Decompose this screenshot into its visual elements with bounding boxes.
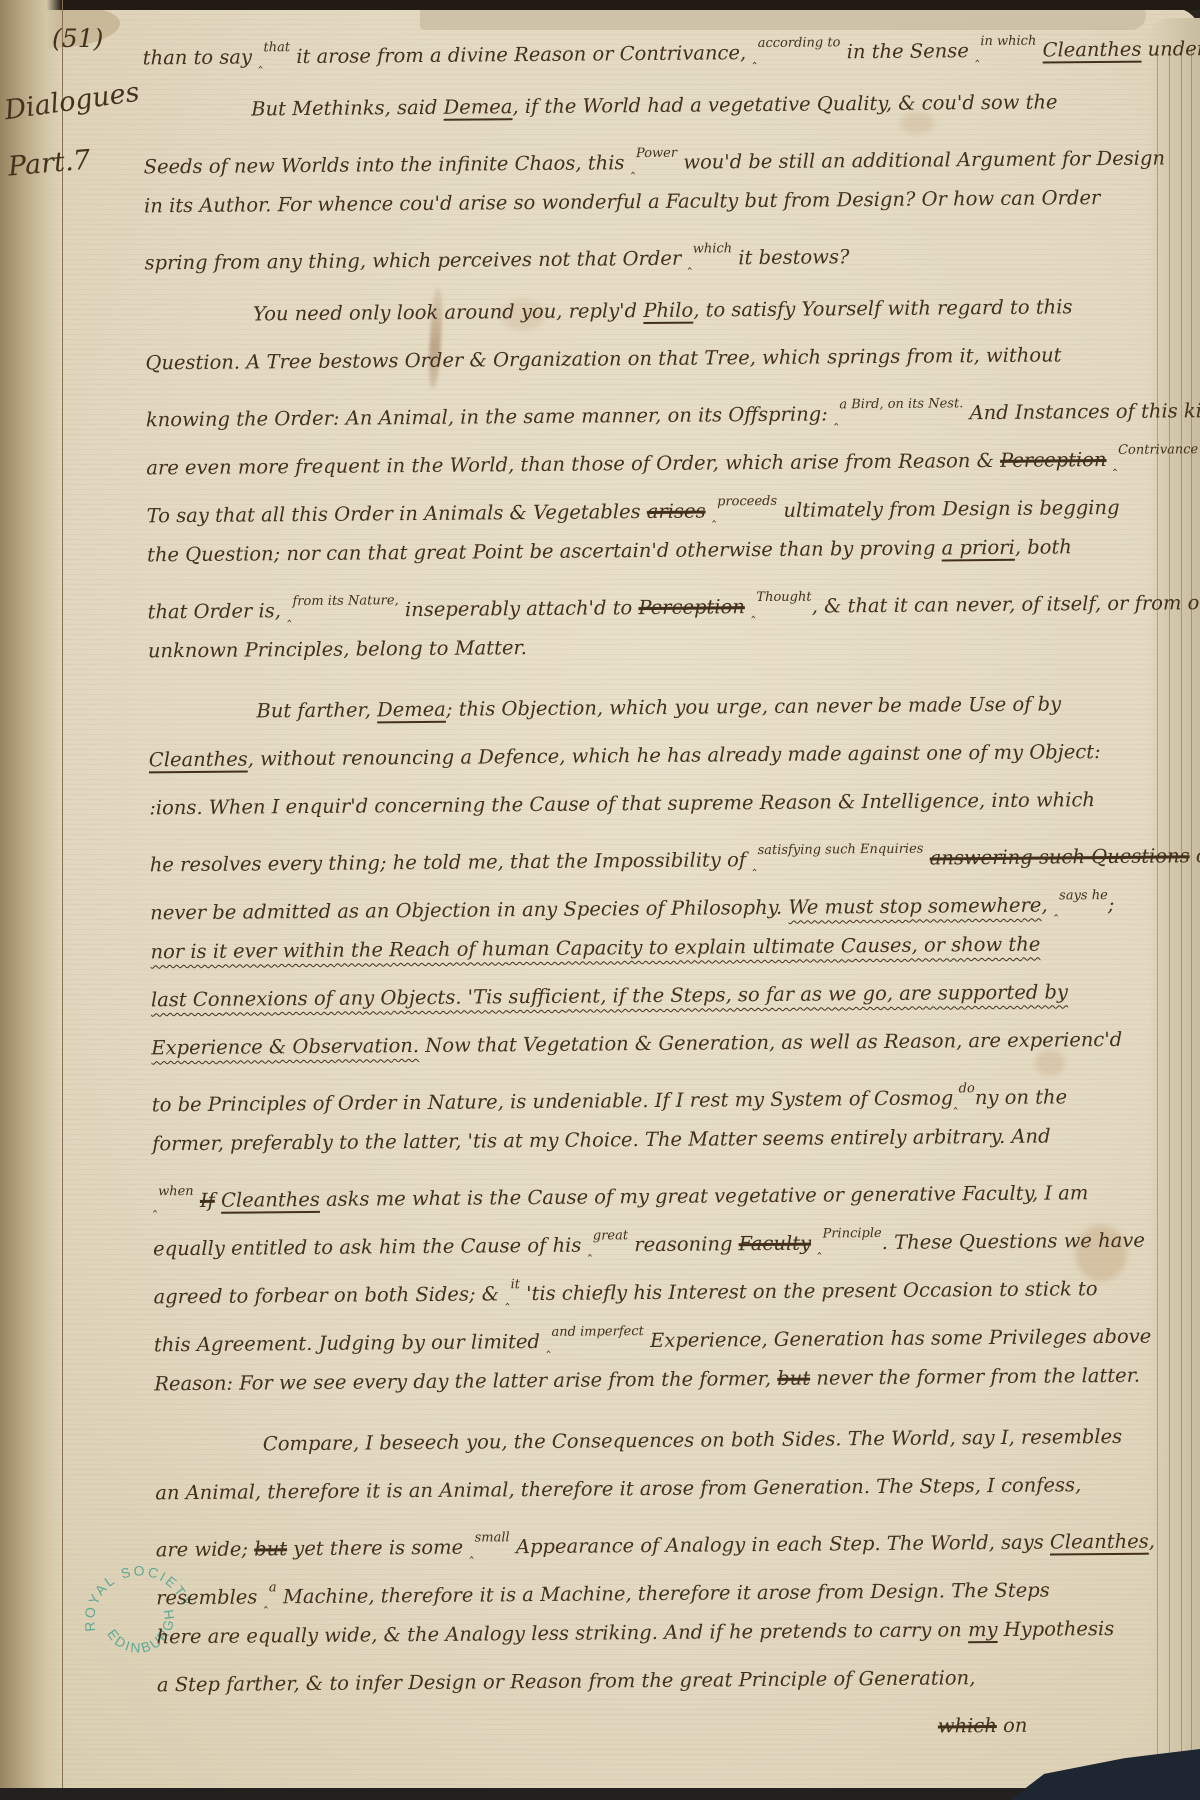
- text-segment: in its Author. For whence cou'd arise so…: [144, 186, 1100, 217]
- text-segment: cou'd: [1190, 844, 1200, 868]
- text-segment: ny on the: [975, 1085, 1067, 1109]
- text-segment-u: my: [968, 1618, 998, 1641]
- text-segment: , both: [1015, 535, 1072, 558]
- text-segment: To say that all this Order in Animals & …: [147, 500, 647, 527]
- text-segment-p: when: [153, 1184, 194, 1199]
- manuscript-line: last Connexions of any Objects. 'Tis suf…: [151, 969, 1151, 1026]
- manuscript-line: spring from any thing, which perceives n…: [144, 223, 1144, 280]
- text-segment-u: Demea: [443, 95, 512, 119]
- text-segment: agreed to forbear on both Sides; &: [153, 1282, 505, 1308]
- manuscript-line: he resolves every thing; he told me, tha…: [150, 825, 1150, 882]
- page-stack-edge-right: [1148, 18, 1200, 1800]
- manuscript-line: agreed to forbear on both Sides; & it 't…: [153, 1257, 1153, 1314]
- text-segment: in the Sense: [840, 39, 975, 63]
- manuscript-line: resembles a Machine, therefore it is a M…: [156, 1558, 1156, 1615]
- text-segment: spring from any thing, which perceives n…: [144, 247, 687, 275]
- text-segment: Hypothesis: [997, 1617, 1114, 1641]
- text-segment: reasoning: [628, 1232, 739, 1256]
- text-segment: to be Principles of Order in Nature, is …: [152, 1086, 954, 1116]
- text-segment-u: Demea: [377, 698, 446, 722]
- text-segment: are wide;: [156, 1537, 255, 1561]
- manuscript-line: are even more frequent in the World, tha…: [146, 428, 1146, 485]
- manuscript-line: Question. A Tree bestows Order & Organiz…: [145, 332, 1145, 389]
- page-edge-line: [1169, 48, 1170, 1790]
- manuscript-line: Compare, I beseech you, the Consequences…: [155, 1414, 1155, 1471]
- manuscript-line: never be admitted as an Objection in any…: [150, 873, 1150, 930]
- text-segment-p: small: [469, 1530, 510, 1545]
- text-segment: this Agreement. Judging by our limited: [154, 1330, 546, 1356]
- text-segment: equally entitled to ask him the Cause of…: [153, 1234, 588, 1261]
- text-segment: never the former from the latter.: [810, 1364, 1140, 1390]
- text-segment: a Step farther, & to infer Design or Rea…: [157, 1666, 976, 1696]
- text-segment: [745, 595, 751, 618]
- text-segment-p: satisfying such Enquiries: [752, 842, 923, 858]
- manuscript-line: the Question; nor can that great Point b…: [147, 524, 1147, 581]
- text-segment: , without renouncing a Defence, which he…: [248, 740, 1101, 770]
- text-segment-p: Thought: [751, 590, 812, 606]
- text-segment: 'tis chiefly his Interest on the present…: [520, 1277, 1098, 1305]
- text-segment: Seeds of new Worlds into the infinite Ch…: [144, 151, 631, 178]
- manuscript-line: an Animal, therefore it is an Animal, th…: [155, 1462, 1155, 1519]
- text-segment: an Animal, therefore it is an Animal, th…: [155, 1473, 1081, 1504]
- text-segment: here are equally wide, & the Analogy les…: [156, 1618, 968, 1648]
- text-segment: never be admitted as an Objection in any…: [150, 896, 788, 925]
- manuscript-text: than to say that it arose from a divine …: [142, 18, 1157, 1759]
- text-segment: yet there is some: [287, 1536, 469, 1561]
- page-edge-line: [1191, 48, 1192, 1790]
- manuscript-line: in its Author. For whence cou'd arise so…: [144, 175, 1144, 232]
- text-segment-p: Principle: [817, 1226, 882, 1242]
- manuscript-line: here are equally wide, & the Analogy les…: [156, 1606, 1156, 1663]
- manuscript-line: that Order is, from its Nature, insepera…: [147, 572, 1147, 629]
- text-segment: knowing the Order: An Animal, in the sam…: [146, 402, 834, 431]
- manuscript-line: equally entitled to ask him the Cause of…: [153, 1209, 1153, 1266]
- text-segment-p: it: [505, 1277, 520, 1292]
- text-segment: . These Questions we have: [882, 1229, 1145, 1254]
- text-segment-x: Faculty: [739, 1232, 812, 1256]
- text-segment-w: We must stop somewhere: [788, 894, 1041, 919]
- text-segment: ,: [1041, 893, 1054, 916]
- manuscript-line: to be Principles of Order in Nature, is …: [152, 1065, 1152, 1122]
- text-segment: ultimately from Design is begging: [777, 496, 1120, 522]
- manuscript-line: But Methinks, said Demea, if the World h…: [143, 79, 1143, 136]
- manuscript-line: when If Cleanthes asks me what is the Ca…: [152, 1161, 1152, 1218]
- text-segment-p: that: [258, 40, 290, 55]
- manuscript-line: former, preferably to the latter, 'tis a…: [152, 1113, 1152, 1170]
- text-segment: You need only look around you, reply'd: [253, 299, 644, 325]
- text-segment: that Order is,: [147, 599, 287, 623]
- text-segment-w: nor is it ever within the Reach of human…: [150, 933, 1040, 964]
- manuscript-line: are wide; but yet there is some small Ap…: [155, 1510, 1155, 1567]
- text-segment: :ions. When I enquir'd concerning the Ca…: [149, 788, 1095, 819]
- text-segment-w: Experience & Observation.: [151, 1034, 419, 1059]
- manuscript-line: But farther, Demea; this Objection, whic…: [148, 681, 1148, 738]
- manuscript-line: Seeds of new Worlds into the infinite Ch…: [143, 127, 1143, 184]
- text-segment: resembles: [156, 1585, 264, 1609]
- text-segment-x: Perception: [1000, 448, 1107, 472]
- text-segment: than to say: [143, 45, 259, 69]
- text-segment: And Instances of this kind: [963, 399, 1200, 424]
- text-segment: , & that it can never, of itself, or fro…: [812, 591, 1200, 618]
- text-segment: , to satisfy Yourself with regard to thi…: [693, 295, 1072, 321]
- text-segment: are even more frequent in the World, tha…: [146, 449, 1000, 479]
- text-segment-u: a priori: [942, 536, 1015, 560]
- manuscript-line: Cleanthes, without renouncing a Defence,…: [149, 729, 1149, 786]
- text-segment: Question. A Tree bestows Order & Organiz…: [145, 343, 1061, 374]
- text-segment: unknown Principles, belong to Matter.: [148, 636, 527, 662]
- manuscript-line: nor is it ever within the Reach of human…: [150, 921, 1150, 978]
- manuscript-line: this Agreement. Judging by our limited a…: [154, 1305, 1154, 1362]
- text-segment-w: last Connexions of any Objects. 'Tis suf…: [151, 980, 1068, 1011]
- text-segment-p: Power: [630, 146, 677, 161]
- text-segment: , if the World had a vegetative Quality,…: [512, 90, 1057, 118]
- text-segment: But farther,: [256, 698, 377, 722]
- text-segment-x: arises: [647, 500, 706, 524]
- manuscript-line: Reason: For we see every day the latter …: [154, 1353, 1154, 1410]
- text-segment-p: according to: [752, 35, 840, 51]
- binding-edge-left: [0, 0, 63, 1800]
- text-segment-x: but: [777, 1367, 810, 1390]
- text-segment-x: which: [938, 1714, 997, 1738]
- text-segment-p: great: [587, 1228, 628, 1243]
- text-segment: Compare, I beseech you, the Consequences…: [263, 1425, 1122, 1455]
- text-segment-p: says he: [1054, 888, 1108, 903]
- text-segment-p: Contrivance: [1113, 442, 1199, 458]
- page-edge-top: [0, 0, 1200, 10]
- text-segment-u: Cleanthes: [221, 1188, 320, 1212]
- text-segment-x: If: [200, 1189, 215, 1212]
- page-number: (51): [52, 24, 103, 53]
- text-segment-p: a: [263, 1580, 276, 1595]
- text-segment: Reason: For we see every day the latter …: [154, 1367, 777, 1395]
- text-segment-u: Cleanthes: [1050, 1530, 1149, 1554]
- text-segment: former, preferably to the latter, 'tis a…: [152, 1125, 1051, 1156]
- manuscript-line: Experience & Observation. Now that Veget…: [151, 1017, 1151, 1074]
- text-segment: ; this Objection, which you urge, can ne…: [446, 692, 1061, 720]
- manuscript-line: unknown Principles, belong to Matter.: [148, 620, 1148, 677]
- text-segment-p: a Bird, on its Nest.: [834, 396, 964, 412]
- text-segment-u: Philo: [643, 299, 693, 322]
- page-edge-line: [1181, 48, 1182, 1790]
- text-segment-p: do: [953, 1081, 975, 1096]
- text-segment: it bestows?: [732, 245, 849, 269]
- page-edge-line: [1157, 48, 1158, 1790]
- manuscript-line: knowing the Order: An Animal, in the sam…: [146, 380, 1146, 437]
- text-segment-p: from its Nature,: [287, 593, 399, 609]
- text-segment: Machine, therefore it is a Machine, ther…: [277, 1579, 1050, 1609]
- text-segment-u: Cleanthes: [1042, 38, 1141, 62]
- text-segment: on: [997, 1714, 1028, 1737]
- text-segment-x: answering such Questions: [930, 844, 1190, 869]
- manuscript-line: which on: [157, 1702, 1157, 1759]
- text-segment-x: Perception: [638, 595, 745, 619]
- text-segment-p: in which: [975, 34, 1037, 50]
- manuscript-line: To say that all this Order in Animals & …: [146, 476, 1146, 533]
- text-segment: wou'd be still an additional Argument fo…: [677, 146, 1165, 173]
- manuscript-line: than to say that it arose from a divine …: [142, 18, 1142, 75]
- text-segment-u: Cleanthes: [149, 748, 248, 772]
- text-segment-p: and imperfect: [546, 1324, 644, 1340]
- text-segment: the Question; nor can that great Point b…: [147, 536, 942, 566]
- text-segment: But Methinks, said: [251, 96, 444, 121]
- text-segment: ;: [1108, 893, 1115, 916]
- text-segment: Appearance of Analogy in each Step. The …: [510, 1531, 1050, 1559]
- text-segment-p: proceeds: [712, 494, 778, 510]
- text-segment-p: which: [687, 241, 732, 256]
- text-segment: Experience, Generation has some Privileg…: [644, 1325, 1152, 1352]
- text-segment: he resolves every thing; he told me, tha…: [150, 848, 753, 876]
- text-segment: understands it.: [1141, 36, 1200, 60]
- manuscript-line: a Step farther, & to infer Design or Rea…: [157, 1654, 1157, 1711]
- text-segment-x: but: [254, 1537, 287, 1560]
- text-segment: Now that Vegetation & Generation, as wel…: [419, 1028, 1122, 1057]
- text-segment: asks me what is the Cause of my great ve…: [320, 1181, 1089, 1211]
- text-segment: ,: [1149, 1530, 1155, 1553]
- manuscript-line: You need only look around you, reply'd P…: [145, 284, 1145, 341]
- manuscript-line: :ions. When I enquir'd concerning the Ca…: [149, 777, 1149, 834]
- text-segment: inseperably attach'd to: [399, 596, 639, 621]
- manuscript-scan: (51) Dialogues Part.7 ROYAL SOCIETY EDIN…: [0, 0, 1200, 1800]
- text-segment: it arose from a divine Reason or Contriv…: [290, 41, 752, 68]
